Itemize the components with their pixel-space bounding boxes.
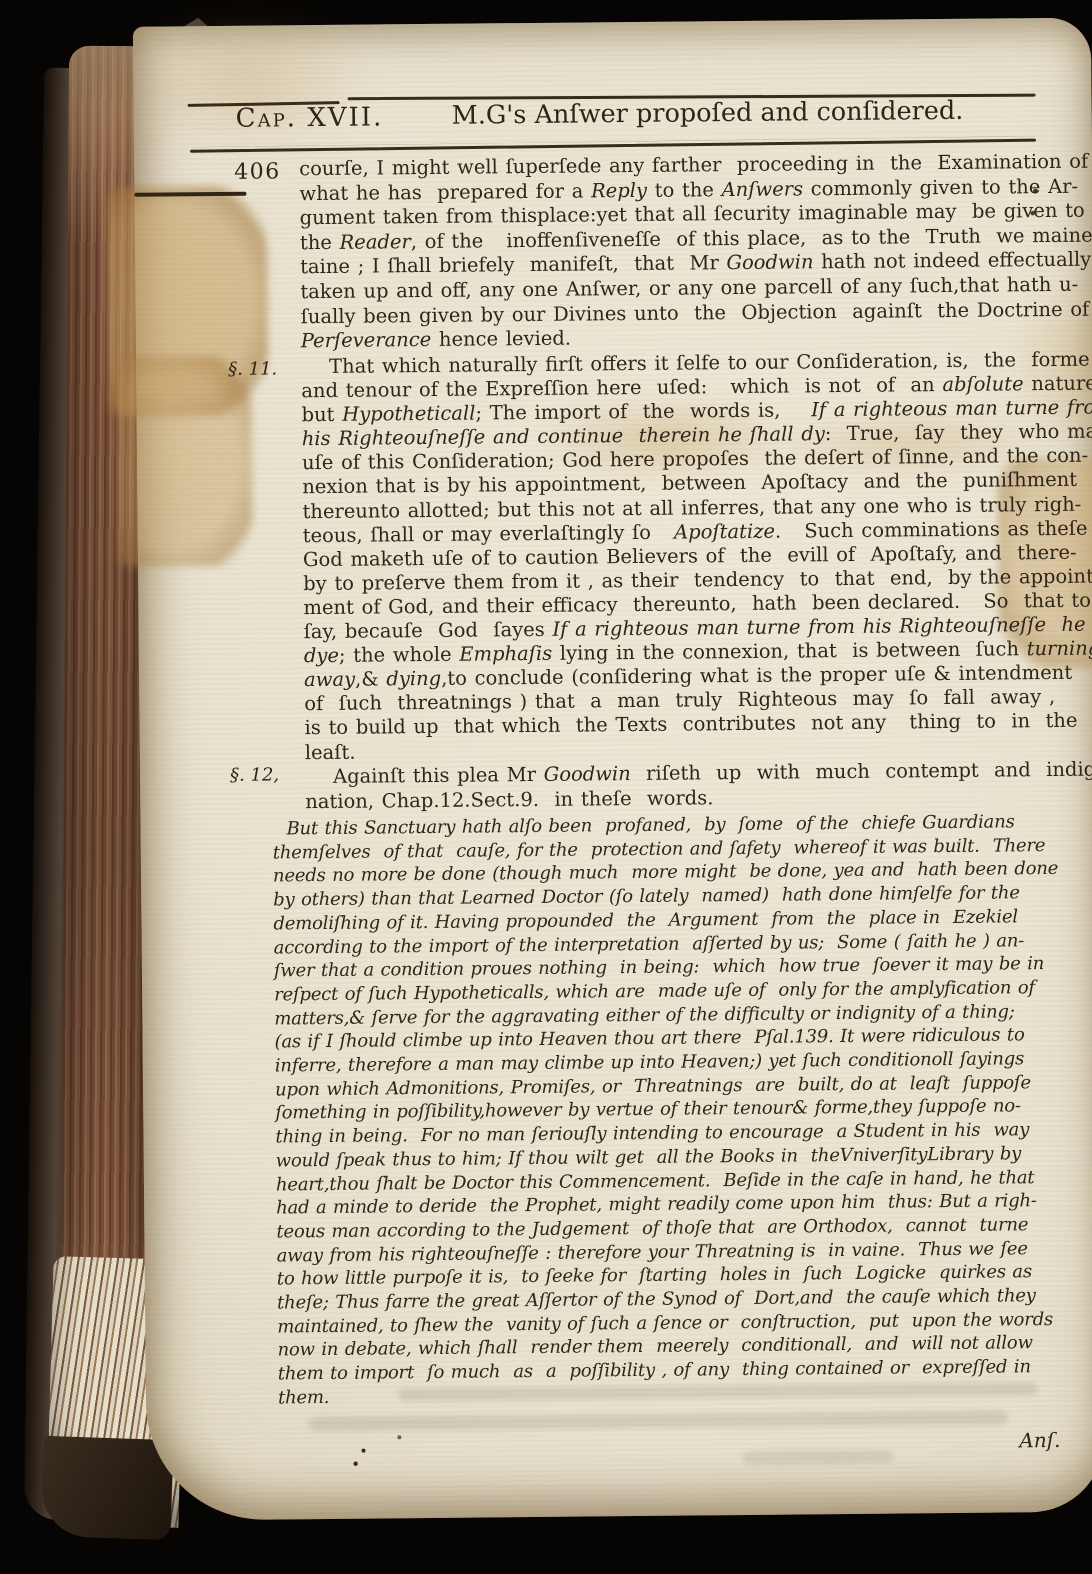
catchword-answer: Anſ. <box>278 1428 1092 1460</box>
running-title: M.G's Anſwer propoſed and conſidered. <box>452 96 916 130</box>
paragraph-section-11: That which naturally firſt offers it ſel… <box>301 348 1053 765</box>
paper-specks <box>133 27 135 29</box>
cover-bottom-corner <box>40 1436 173 1540</box>
quoted-passage: But this Sanctuary hath alſo been profan… <box>272 810 1060 1410</box>
paragraph-opening: courſe, I might well ſuperſede any farth… <box>299 150 1049 354</box>
ink-bleedthrough <box>308 1410 1008 1431</box>
page-number: 406 <box>234 159 281 184</box>
paragraph-section-12: Againſt this plea Mr Goodwin riſeth up w… <box>305 758 1053 814</box>
margin-note-section-11: §. 11. <box>228 358 310 380</box>
book-page: Cap. XVII. M.G's Anſwer propoſed and con… <box>133 18 1092 1521</box>
chapter-label: Cap. XVII. <box>236 102 384 133</box>
book-scan-photo: Cap. XVII. M.G's Anſwer propoſed and con… <box>0 0 1092 1574</box>
page-number-rule <box>134 192 246 197</box>
margin-note-section-12: §. 12, <box>230 764 312 786</box>
